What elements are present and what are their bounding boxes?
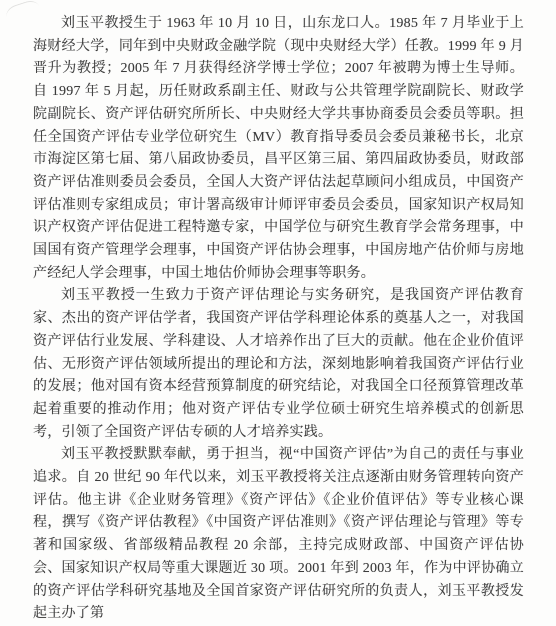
- bio-paragraph-career: 刘玉平教授生于 1963 年 10 月 10 日，山东龙口人。1985 年 7 …: [33, 13, 524, 285]
- document-page: 刘玉平教授生于 1963 年 10 月 10 日，山东龙口人。1985 年 7 …: [0, 0, 556, 626]
- bio-paragraph-contributions: 刘玉平教授一生致力于资产评估理论与实务研究，是我国资产评估教育家、杰出的资产评估…: [33, 285, 524, 444]
- bio-paragraph-dedication: 刘玉平教授默默奉献，勇于担当，视“中国资产评估”为自己的责任与事业追求。自 20…: [33, 444, 524, 626]
